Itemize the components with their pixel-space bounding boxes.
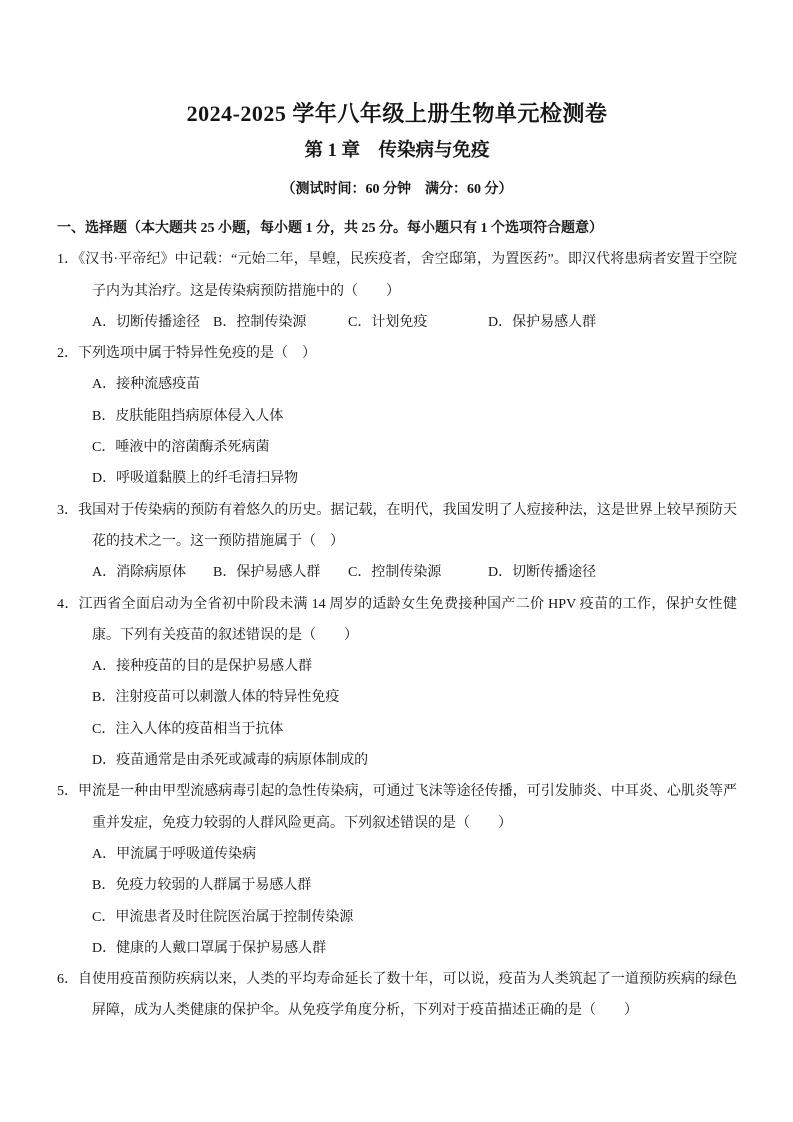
- answer-option: D．呼吸道黏膜上的纤毛清扫异物: [92, 463, 737, 494]
- question-text: 我国对于传染病的预防有着悠久的历史。据记载，在明代，我国发明了人痘接种法，这是世…: [78, 503, 737, 549]
- question-number: 2．: [57, 346, 78, 361]
- question-text: 自使用疫苗预防疾病以来，人类的平均寿命延长了数十年，可以说，疫苗为人类筑起了一道…: [78, 972, 737, 1018]
- question: 5．甲流是一种由甲型流感病毒引起的急性传染病，可通过飞沫等途径传播，可引发肺炎、…: [57, 776, 737, 964]
- test-meta-line: （测试时间：60 分钟 满分：60 分）: [57, 171, 737, 209]
- question-text: 下列选项中属于特异性免疫的是（ ）: [78, 346, 316, 361]
- answer-option: D．切断传播途径: [488, 557, 737, 588]
- question-number: 5．: [57, 784, 78, 799]
- question: 6．自使用疫苗预防疾病以来，人类的平均寿命延长了数十年，可以说，疫苗为人类筑起了…: [57, 964, 737, 1027]
- answer-option: D．保护易感人群: [488, 307, 737, 338]
- chapter-heading: 第 1 章 传染病与免疫: [57, 132, 737, 171]
- question-number: 3．: [57, 503, 78, 518]
- question-options: A．切断传播途径B．控制传染源C．计划免疫D．保护易感人群: [92, 307, 737, 338]
- question: 2．下列选项中属于特异性免疫的是（ ） A．接种流感疫苗B．皮肤能阻挡病原体侵入…: [57, 338, 737, 494]
- answer-option: C．唾液中的溶菌酶杀死病菌: [92, 432, 737, 463]
- question-list: 1．《汉书·平帝纪》中记载：“元始二年，旱蝗，民疾疫者，舍空邸第，为置医药”。即…: [57, 244, 737, 1026]
- question-options: A．接种流感疫苗B．皮肤能阻挡病原体侵入人体C．唾液中的溶菌酶杀死病菌D．呼吸道…: [92, 369, 737, 494]
- page-title: 2024-2025 学年八年级上册生物单元检测卷: [57, 96, 737, 132]
- answer-option: D．健康的人戴口罩属于保护易感人群: [92, 933, 737, 964]
- question-number: 6．: [57, 972, 78, 987]
- answer-option: A．消除病原体: [92, 557, 213, 588]
- answer-option: B．免疫力较弱的人群属于易感人群: [92, 870, 737, 901]
- question-stem: 3．我国对于传染病的预防有着悠久的历史。据记载，在明代，我国发明了人痘接种法，这…: [57, 495, 737, 558]
- question-stem: 6．自使用疫苗预防疾病以来，人类的平均寿命延长了数十年，可以说，疫苗为人类筑起了…: [57, 964, 737, 1027]
- question-text: 甲流是一种由甲型流感病毒引起的急性传染病，可通过飞沫等途径传播，可引发肺炎、中耳…: [78, 784, 737, 830]
- exam-body: 一、选择题（本大题共 25 小题，每小题 1 分，共 25 分。每小题只有 1 …: [57, 213, 737, 1027]
- question: 4．江西省全面启动为全省初中阶段未满 14 周岁的适龄女生免费接种国产二价 HP…: [57, 589, 737, 777]
- question: 3．我国对于传染病的预防有着悠久的历史。据记载，在明代，我国发明了人痘接种法，这…: [57, 495, 737, 589]
- answer-option: A．接种流感疫苗: [92, 369, 737, 400]
- answer-option: A．接种疫苗的目的是保护易感人群: [92, 651, 737, 682]
- question-text: 《汉书·平帝纪》中记载：“元始二年，旱蝗，民疾疫者，舍空邸第，为置医药”。即汉代…: [78, 252, 737, 298]
- answer-option: D．疫苗通常是由杀死或减毒的病原体制成的: [92, 745, 737, 776]
- section-heading: 一、选择题（本大题共 25 小题，每小题 1 分，共 25 分。每小题只有 1 …: [57, 213, 737, 244]
- question-stem: 5．甲流是一种由甲型流感病毒引起的急性传染病，可通过飞沫等途径传播，可引发肺炎、…: [57, 776, 737, 839]
- question-number: 4．: [57, 597, 79, 612]
- question-stem: 1．《汉书·平帝纪》中记载：“元始二年，旱蝗，民疾疫者，舍空邸第，为置医药”。即…: [57, 244, 737, 307]
- answer-option: C．控制传染源: [348, 557, 488, 588]
- question-stem: 4．江西省全面启动为全省初中阶段未满 14 周岁的适龄女生免费接种国产二价 HP…: [57, 589, 737, 652]
- answer-option: B．保护易感人群: [213, 557, 348, 588]
- question-number: 1．: [57, 252, 78, 267]
- question-options: A．甲流属于呼吸道传染病B．免疫力较弱的人群属于易感人群C．甲流患者及时住院医治…: [92, 839, 737, 964]
- answer-option: B．注射疫苗可以刺激人体的特异性免疫: [92, 682, 737, 713]
- answer-option: B．控制传染源: [213, 307, 348, 338]
- answer-option: B．皮肤能阻挡病原体侵入人体: [92, 401, 737, 432]
- question: 1．《汉书·平帝纪》中记载：“元始二年，旱蝗，民疾疫者，舍空邸第，为置医药”。即…: [57, 244, 737, 338]
- answer-option: C．甲流患者及时住院医治属于控制传染源: [92, 902, 737, 933]
- answer-option: A．甲流属于呼吸道传染病: [92, 839, 737, 870]
- question-stem: 2．下列选项中属于特异性免疫的是（ ）: [57, 338, 737, 369]
- question-options: A．接种疫苗的目的是保护易感人群B．注射疫苗可以刺激人体的特异性免疫C．注入人体…: [92, 651, 737, 776]
- question-text: 江西省全面启动为全省初中阶段未满 14 周岁的适龄女生免费接种国产二价 HPV …: [79, 597, 737, 643]
- answer-option: A．切断传播途径: [92, 307, 213, 338]
- exam-page: 2024-2025 学年八年级上册生物单元检测卷 第 1 章 传染病与免疫 （测…: [0, 0, 793, 1122]
- answer-option: C．计划免疫: [348, 307, 488, 338]
- question-options: A．消除病原体B．保护易感人群C．控制传染源D．切断传播途径: [92, 557, 737, 588]
- answer-option: C．注入人体的疫苗相当于抗体: [92, 714, 737, 745]
